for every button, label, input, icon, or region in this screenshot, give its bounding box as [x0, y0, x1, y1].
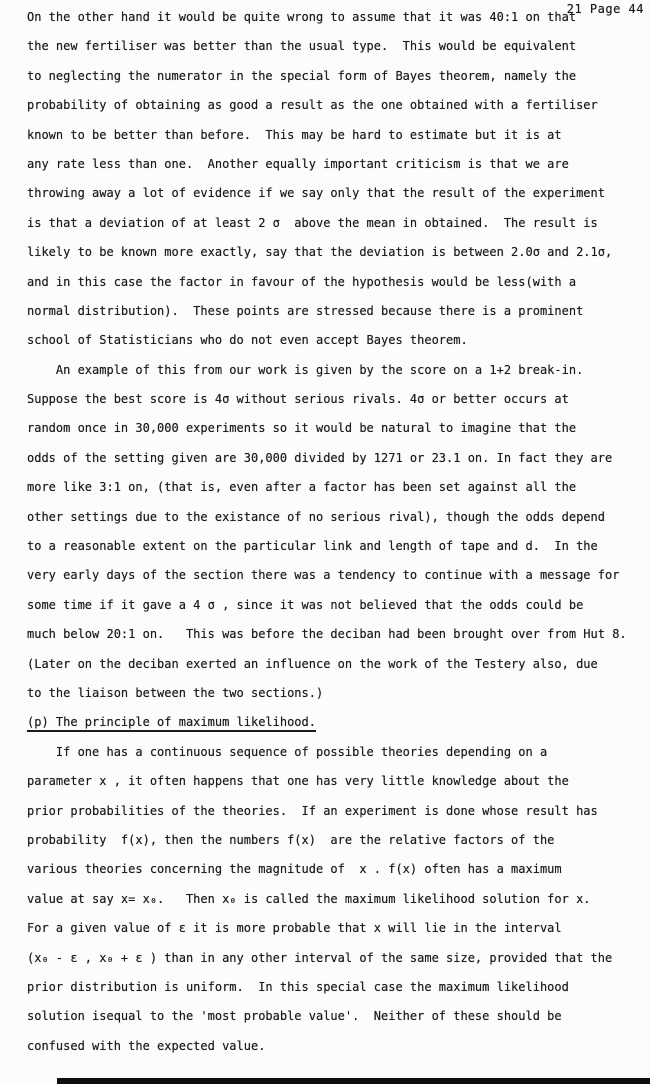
- document-line: random once in 30,000 experiments so it …: [27, 414, 642, 443]
- document-line: very early days of the section there was…: [27, 561, 642, 590]
- document-line: other settings due to the existance of n…: [27, 503, 642, 532]
- document-line: (p) The principle of maximum likelihood.: [27, 708, 642, 737]
- scan-edge-artifact: [57, 1078, 650, 1084]
- document-line: prior probabilities of the theories. If …: [27, 797, 642, 826]
- document-line: to a reasonable extent on the particular…: [27, 532, 642, 561]
- document-line: school of Statisticians who do not even …: [27, 326, 642, 355]
- document-page: 21 Page 44 On the other hand it would be…: [0, 0, 650, 1084]
- document-line: odds of the setting given are 30,000 div…: [27, 444, 642, 473]
- document-line: and in this case the factor in favour of…: [27, 268, 642, 297]
- document-line: much below 20:1 on. This was before the …: [27, 620, 642, 649]
- document-line: If one has a continuous sequence of poss…: [27, 738, 642, 767]
- document-line: throwing away a lot of evidence if we sa…: [27, 179, 642, 208]
- document-line: (Later on the deciban exerted an influen…: [27, 650, 642, 679]
- document-line: likely to be known more exactly, say tha…: [27, 238, 642, 267]
- document-line: probability of obtaining as good a resul…: [27, 91, 642, 120]
- document-line: confused with the expected value.: [27, 1032, 642, 1061]
- document-line: the new fertiliser was better than the u…: [27, 32, 642, 61]
- document-line: any rate less than one. Another equally …: [27, 150, 642, 179]
- document-line: various theories concerning the magnitud…: [27, 855, 642, 884]
- document-line: to the liaison between the two sections.…: [27, 679, 642, 708]
- document-line: value at say x= x₀. Then x₀ is called th…: [27, 885, 642, 914]
- document-line: (x₀ - ε , x₀ + ε ) than in any other int…: [27, 944, 642, 973]
- document-line: normal distribution). These points are s…: [27, 297, 642, 326]
- document-line: known to be better than before. This may…: [27, 121, 642, 150]
- document-line: prior distribution is uniform. In this s…: [27, 973, 642, 1002]
- document-text: On the other hand it would be quite wron…: [27, 3, 642, 1061]
- document-line: On the other hand it would be quite wron…: [27, 3, 642, 32]
- document-line: is that a deviation of at least 2 σ abov…: [27, 209, 642, 238]
- document-line: solution isequal to the 'most probable v…: [27, 1002, 642, 1031]
- document-line: probability f(x), then the numbers f(x) …: [27, 826, 642, 855]
- document-line: An example of this from our work is give…: [27, 356, 642, 385]
- document-line: For a given value of ε it is more probab…: [27, 914, 642, 943]
- document-line: parameter x , it often happens that one …: [27, 767, 642, 796]
- document-line: to neglecting the numerator in the speci…: [27, 62, 642, 91]
- document-line: Suppose the best score is 4σ without ser…: [27, 385, 642, 414]
- document-line: more like 3:1 on, (that is, even after a…: [27, 473, 642, 502]
- document-line: some time if it gave a 4 σ , since it wa…: [27, 591, 642, 620]
